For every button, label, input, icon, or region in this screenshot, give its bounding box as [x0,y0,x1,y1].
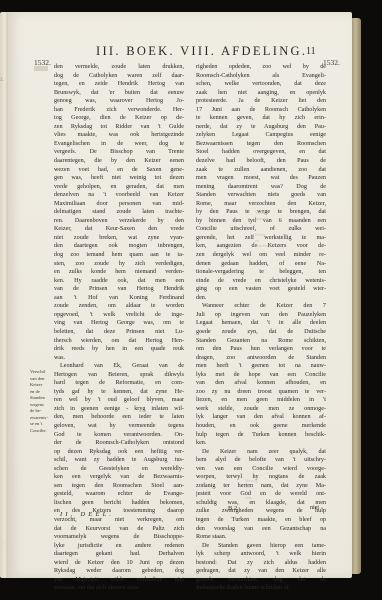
page-fore-edge [352,18,361,574]
text-line: dat de Keurvorst van de Paltz zich [54,525,184,534]
text-line: gedragen, dat zy van den Keizer alle [196,567,326,576]
text-line: zulke zwarigheden wegens de hulp [196,507,326,516]
text-line: yne Majesteit wilde verhaaltoe niet [54,576,184,585]
text-line: gesteld, waarom echter de Evange- [54,490,184,499]
text-line: zen Ryksdag tot Ridder van 't Gulde [54,123,184,132]
text-line: aan 't Hof van Koning Ferdinand [54,294,184,303]
left-page-bleed-mark: 3. [0,78,4,83]
text-line: tegen, en zeide Hendrik Hertog van [54,80,184,89]
running-head: III. BOEK. VIII. AFDELING. [96,44,296,60]
text-line: protesteerde. Ja de Keizer liet den [196,97,326,106]
text-line: genoeg was, waarover Hertog Jo- [54,97,184,106]
text-line: vergeefs. De Bisschop van Trente [54,148,184,157]
text-line: Brunswyk, dat 'er buiten dat eenuw [54,89,184,98]
text-line: drik reeds by hen in een quade reuk [54,345,184,354]
text-line: den. [196,294,326,303]
text-line: Leonhard van Ek, Geraat van de [54,362,184,371]
text-line: niet zoude breken, wat zyne vyan- [54,234,184,243]
text-line: schil, want zy hadden te Augsburg tus- [54,456,184,465]
text-line: Rome, maar verzochten den Keizer, [196,200,326,209]
text-line: dragen, zoo antwoorden de Standen [196,354,326,363]
show-through-note: Vervolgvandezaak [245,478,258,500]
text-line: Standen Gezanten na Rome schikten, [196,337,326,346]
text-line: van den afval konnen afhouden, en [196,379,326,388]
volume-signature: II. DEEL. [60,511,114,518]
text-line: lischen geen bericht hadden bekomen, [54,499,184,508]
text-line: bestond: Dat zy zich aldus hadden [196,559,326,568]
text-line: werk stelde, zoude men ze onmoge- [196,405,326,414]
text-line: dezelve had belooft, den Paus de [196,157,326,166]
text-line: tog George, dien de Keizer op de- [54,114,184,123]
text-line: ken. Hy raadde ook, dat men een [54,277,184,286]
show-through-mark [34,66,48,71]
show-through-line: ... [2,546,5,552]
show-through-line: Vervolg [245,478,258,484]
text-line: vlies maakte, was ook hertstgezinde [54,131,184,140]
text-line: op dezen Ryksdag ook een hefitig ver- [54,448,184,457]
text-line: tyds gaf hy te kennen, dat zyne He- [54,388,184,397]
text-line: hard tegen de Reformatie, en com- [54,379,184,388]
text-line: schen de Geestelyken en wereldly- [54,465,184,474]
text-line: zen dergelyk wel om veel minder re- [196,251,326,260]
show-through-note: KeizerenStanden [255,232,268,249]
text-line: voornamelyk wegens de Bisschoppe- [54,533,184,542]
text-line: han Frederik zich verwonderde. Her- [54,106,184,115]
show-through-line: Standen [255,243,268,249]
text-line: delmatigen stand zoude laten trachte- [54,208,184,217]
text-line: Maximiliaan door personen van mid- [54,200,184,209]
text-line: ving van Hertog George was, om te [54,319,184,328]
text-line: nerde, dat zy te Augsburg den Pau- [196,123,326,132]
text-line: houden, en ook geene merkende [196,422,326,431]
signature-mark: B 2 [228,505,237,512]
text-line: righeden opdeden, zoo wel by de [196,63,326,72]
text-line: Keizer, dat Keur-Saxen den vrede [54,225,184,234]
text-line: Standen verwachten niets goeds van [196,191,326,200]
text-line: einde de vrede en christelyke wetenis- [196,277,326,286]
text-line: dog zoo iemand hem quam aan te ta- [54,251,184,260]
text-line: om den Paus hun verlangen voor te [196,345,326,354]
text-line: ging op een vasten voet gesteld wier- [196,285,326,294]
text-line: beletten, dat deze Prinsen niet Lu- [54,328,184,337]
text-line: Roomsch-Catholyken als Evangeli- [196,72,326,81]
text-line: Rome staan. [196,533,326,542]
text-line: zodanig ter herten nam, dat zyne Ma- [196,482,326,491]
text-line: thersch wierden, om dat Hertog Hen- [54,337,184,346]
text-line: De Standen gaven hierop een tame- [196,542,326,551]
text-line: ren. Daarenboven verzekerde by den [54,217,184,226]
text-line: genade verwachten, dog dat de [196,576,326,585]
text-line: Bezwaarnissen tegen den Roomschen [196,140,326,149]
text-line: verstaan, om dat zich nieuwe zwa- [54,584,184,593]
margin-note-line: Concilie. [30,428,54,435]
text-line: zich in geenen eenige - kryg inlaten wil… [54,405,184,414]
text-column-right: righeden opdeden, zoo wel by deRoomsch-C… [196,63,326,593]
text-line: te kennen geven, dat hy zich erin- [196,114,326,123]
text-line: lyk langer van den afval konnen af- [196,413,326,422]
text-line: zaak hen niet aanging, en openlyk [196,89,326,98]
show-through-line: zaak [245,495,258,501]
catchword: niet [310,505,319,511]
text-line: goede zoude zyn, dat de Duitsche [196,328,326,337]
text-line: De Keizer nam zeer qualyk, dat [196,448,326,457]
text-line: sen tegen den Roomschen Stoel aan- [54,482,184,491]
show-through-line: Keizer [255,232,268,238]
show-through-line: ... [2,540,5,546]
text-line: dog de Catholyken waren zelf daar- [54,72,184,81]
text-line: gen was, heeft niet weinig tot dezen [54,174,184,183]
text-line: den vermelde, zoude laten drukken, [54,63,184,72]
text-line: liezen, en men geen middelen in 't [196,396,326,405]
text-line: lyks met de hope van een Concilie [196,371,326,380]
text-line: 17 Juni aan de Roomsch Catholyken [196,106,326,115]
text-line: was. [54,354,184,363]
text-line: men vragen moest, wat des Pauzen [196,174,326,183]
text-line: daarentegen, die by den Keizer eenen [54,157,184,166]
text-line: den voorslag van een Gezantschap na [196,525,326,534]
text-line: Evangelischen in de weer, dog te [54,140,184,149]
text-line: ren wel by 't oud geloof blyven, maar [54,396,184,405]
text-line: der de Roomsch-Catholyken ontstond [54,439,184,448]
text-line: denzelven na 't voorbeeld van Keizer [54,191,184,200]
text-line: zoo zy nu dreen troost quamen te ver- [196,388,326,397]
text-line: vrede geholpen, en geraden, dat men [54,183,184,192]
show-through-note: ...... [2,540,5,551]
text-line: tegen de Turken maakte, en bleef op [196,516,326,525]
text-line: zelyken Legaat Campegius eenige [196,131,326,140]
text-line: den daartegen ook mogten inbrengen, [54,242,184,251]
text-line: wierd de Keizer den 10 Juni op dezen [54,559,184,568]
text-line: God te komen verantwoorden. On- [54,431,184,440]
text-line: schen, welke vertoonden, dat deze [196,80,326,89]
text-line: ken. [196,439,326,448]
text-line: lyk scherp antwoord, 't welk hierin [196,550,326,559]
text-line: hem alyd de belofte van 't uitschry- [196,456,326,465]
show-through-note: Vredegemaakt [255,210,269,221]
text-line: sten, zoo zoude hy zich verdedigen, [54,260,184,269]
text-line: Juli op ingeven van den Pauzelyken [196,311,326,320]
text-line: wezen voet had, en de Saxen gene- [54,166,184,175]
page-number: 11 [306,46,316,57]
text-line: ken een vergelyk van de Bezwaarnis- [54,473,184,482]
margin-note: Verschilvan denKeizeren deStandenwegensd… [30,369,54,434]
text-line: Stoel hadden overgegeven, en dat [196,148,326,157]
text-line: zaak te zullen aandienen, zoo dat [196,166,326,175]
text-line: en zulks konde hem niemand verden- [54,268,184,277]
text-line: zoude zenden, om aldaar te worden [54,302,184,311]
text-line: jesteit voor God en de wereld ont- [196,490,326,499]
text-line: den, men behoorde een ieder te laten [54,413,184,422]
text-line: schuldig was, en klaagde, dat men [196,499,326,508]
text-line: Legaat hemaen, dat 't in alle deelen [196,319,326,328]
text-line: Italiaansche Raden hunne schriften of [196,584,326,593]
text-line: opgevoed, 't welk vrelicht de inge- [54,311,184,320]
left-page-edge: 3. [0,12,8,578]
text-line: geloven, wat hy vermeende tegens [54,422,184,431]
text-line: men heeft 't geenen tot na nauw- [196,362,326,371]
text-line: tionale-vergadering te beleggen, ten [196,268,326,277]
text-line: hulp tegen de Turken konnen beschik- [196,431,326,440]
text-line: lyke jurisdictie en andere redenen [54,542,184,551]
text-line: denen gedaan hadden, of eene Na- [196,260,326,269]
text-line: Ryksdag weder daarom gebeden, dog [54,567,184,576]
text-line: ven van een Concilie wierd voorge- [196,465,326,474]
text-line: Hertogen van Beieren, sprak dikwyls [54,371,184,380]
text-line: mening daaromtrent was? Dog de [196,183,326,192]
text-line: Wanneer echter de Keizer den 7 [196,302,326,311]
show-through-line: gemaakt [255,216,269,222]
text-line: daartegen gekant had. Derhalven [54,550,184,559]
text-line: van de Prinsen van Hertog Hendrik [54,285,184,294]
text-line: worpen, terwyl hy nogtans de zaak [196,473,326,482]
